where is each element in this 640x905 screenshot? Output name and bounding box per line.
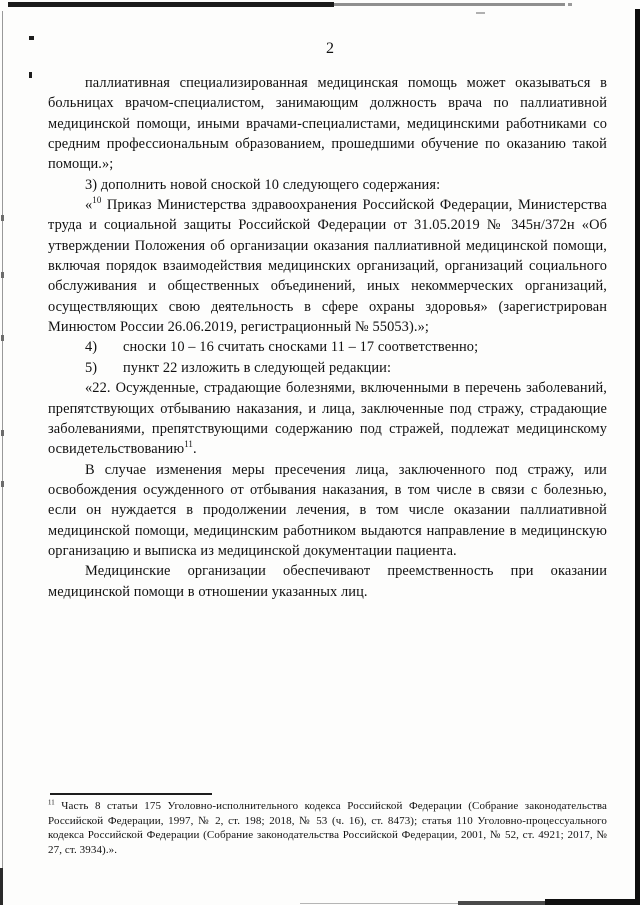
paragraph-item-5-text: пункт 22 изложить в следующей редакции: [123, 360, 391, 376]
scan-edge-mark-bottom [0, 868, 3, 905]
page-number: 2 [310, 39, 350, 59]
scan-border-bottom-dark [458, 901, 548, 905]
scan-border-right [635, 9, 640, 905]
paragraph-footnote-10-body: Приказ Министерства здравоохранения Росс… [48, 197, 607, 335]
scan-border-bottom-hairline [300, 903, 460, 904]
paragraph-item-5: 5)пункт 22 изложить в следующей редакции… [48, 358, 607, 378]
list-number-5: 5) [85, 358, 123, 378]
scan-speck [29, 36, 34, 40]
paragraph-footnote-10-text: «10 Приказ Министерства здравоохранения … [48, 195, 607, 337]
scan-border-top-gray [334, 3, 565, 6]
paragraph-point-22-text: «22. Осужденные, страдающие болезнями, в… [48, 380, 607, 457]
paragraph-continuity: Медицинские организации обеспечивают пре… [48, 561, 607, 602]
paragraph-point-22: «22. Осужденные, страдающие болезнями, в… [48, 378, 607, 459]
scanned-document-page: 2 паллиативная специализированная медици… [0, 0, 640, 905]
footnote-11-marker: 11 [48, 799, 55, 806]
scan-artifact-dot [568, 3, 572, 6]
scan-edge-mark [1, 430, 4, 436]
paragraph-palliative-care: паллиативная специализированная медицинс… [48, 73, 607, 175]
scan-border-bottom-black [545, 899, 640, 905]
scan-edge-mark [1, 335, 4, 341]
scan-edge-mark [1, 481, 4, 487]
footnote-separator [50, 793, 212, 795]
scan-speck [29, 72, 32, 78]
list-number-4: 4) [85, 337, 123, 357]
scan-artifact-dash [476, 12, 485, 14]
paragraph-item-4: 4)сноски 10 – 16 считать сносками 11 – 1… [48, 337, 607, 357]
scan-border-left [2, 11, 3, 905]
scan-edge-mark [1, 272, 4, 278]
paragraph-point-22-period: . [193, 441, 197, 457]
footnote-ref-11: 11 [184, 439, 193, 449]
scan-border-top-black [8, 2, 334, 7]
footnote-11: 11 Часть 8 статьи 175 Уголовно-исполните… [48, 799, 607, 858]
paragraph-measure-change: В случае изменения меры пресечения лица,… [48, 460, 607, 562]
paragraph-item-3: 3) дополнить новой сноской 10 следующего… [48, 175, 607, 195]
scan-edge-mark [1, 215, 4, 221]
footnote-11-text: Часть 8 статьи 175 Уголовно-исполнительн… [48, 800, 607, 856]
document-body: паллиативная специализированная медицинс… [48, 73, 607, 602]
paragraph-item-4-text: сноски 10 – 16 считать сносками 11 – 17 … [123, 339, 478, 355]
